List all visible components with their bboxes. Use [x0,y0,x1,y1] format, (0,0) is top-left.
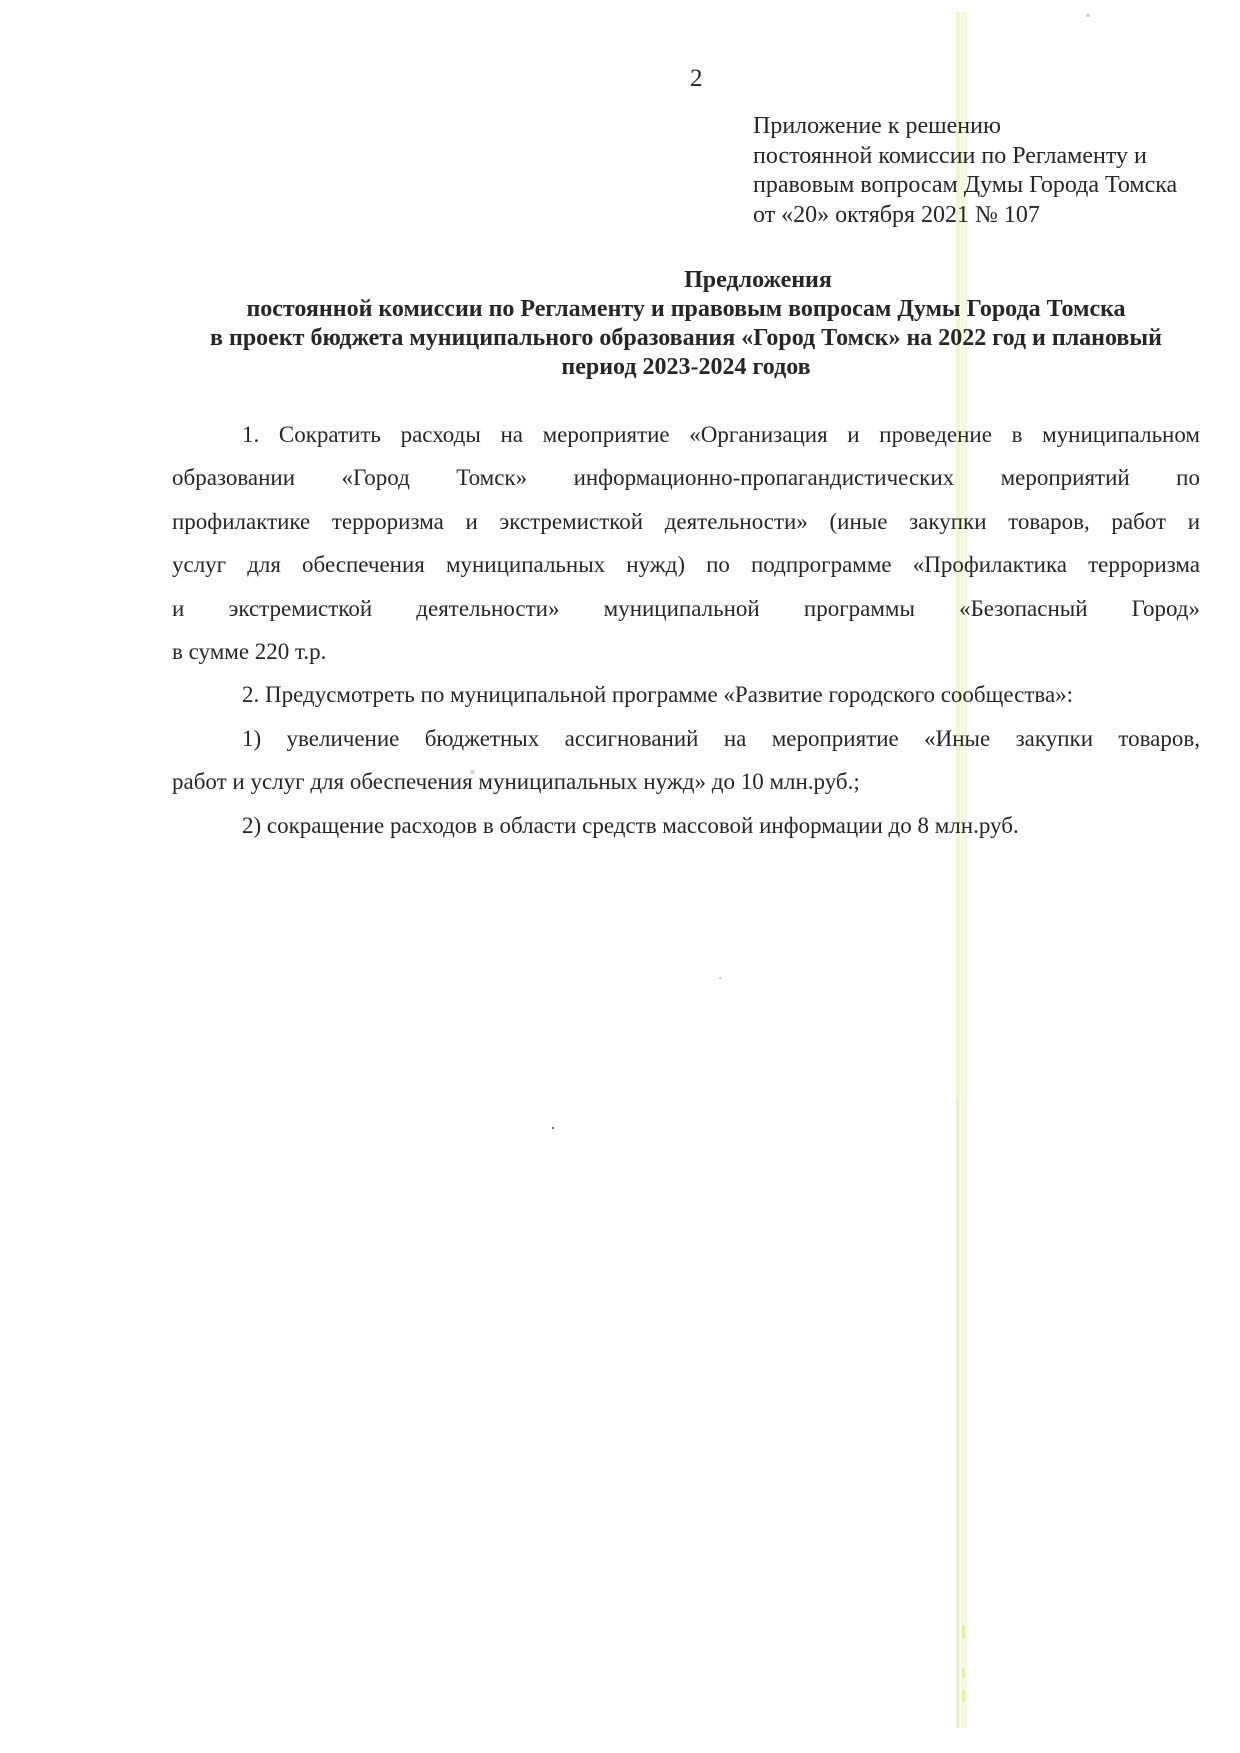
text-line: Приложение к решению [753,112,1223,142]
scan-artifact-tick [962,1625,965,1639]
text-line: в проект бюджета муниципального образова… [172,324,1200,353]
text-line: правовым вопросам Думы Города Томска [753,171,1223,201]
document-body: 1. Сократить расходы на мероприятие «Орг… [172,413,1200,847]
body-paragraph: 1) увеличение бюджетных ассигнований на … [172,717,1200,804]
document-title: Предложенияпостоянной комиссии по Реглам… [172,266,1200,382]
scan-fold-hairline [957,1100,958,1728]
appendix-reference-block: Приложение к решениюпостоянной комиссии … [753,112,1223,230]
text-line: постоянной комиссии по Регламенту и [753,142,1223,172]
document-page: 2 Приложение к решениюпостоянной комисси… [0,0,1240,1753]
text-line: 1) увеличение бюджетных ассигнований на … [172,717,1200,760]
text-line: 2) сокращение расходов в области средств… [172,804,1200,847]
scan-speck [552,1127,554,1129]
text-line: в сумме 220 т.р. [172,630,1200,673]
text-line: постоянной комиссии по Регламенту и прав… [172,295,1200,324]
text-line: от «20» октября 2021 № 107 [753,201,1223,231]
scan-artifact-tick [962,1690,965,1702]
text-line: 1. Сократить расходы на мероприятие «Орг… [172,413,1200,456]
body-paragraph: 2. Предусмотреть по муниципальной програ… [172,673,1200,716]
body-paragraph: 1. Сократить расходы на мероприятие «Орг… [172,413,1200,673]
text-line: и экстремисткой деятельности» муниципаль… [172,587,1200,630]
text-line: образовании «Город Томск» информационно-… [172,456,1200,499]
scan-artifact-tick [962,1668,965,1678]
page-number: 2 [690,64,703,94]
text-line: услуг для обеспечения муниципальных нужд… [172,543,1200,586]
text-line: работ и услуг для обеспечения муниципаль… [172,760,1200,803]
text-line: профилактике терроризма и экстремисткой … [172,500,1200,543]
text-line: 2. Предусмотреть по муниципальной програ… [172,673,1200,716]
body-paragraph: 2) сокращение расходов в области средств… [172,804,1200,847]
text-line: период 2023-2024 годов [172,353,1200,382]
text-line: Предложения [244,266,1240,295]
scan-speck [719,977,722,979]
scan-speck [1086,14,1090,17]
